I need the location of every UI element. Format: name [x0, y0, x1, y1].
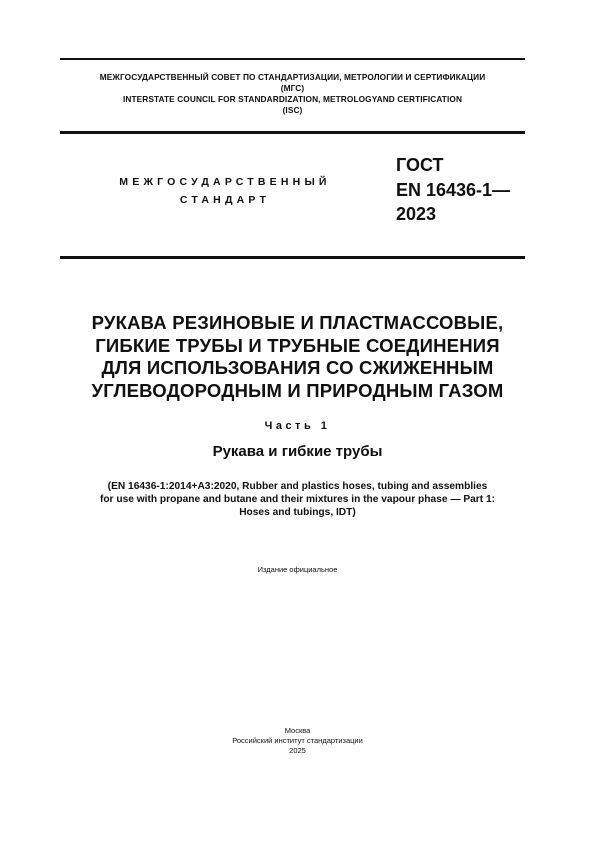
- title-line: РУКАВА РЕЗИНОВЫЕ И ПЛАСТМАССОВЫЕ,: [40, 312, 555, 335]
- reference-line: Hoses and tubings, IDT): [40, 506, 555, 519]
- standard-year: 2023: [396, 202, 510, 227]
- document-title: РУКАВА РЕЗИНОВЫЕ И ПЛАСТМАССОВЫЕ, ГИБКИЕ…: [40, 312, 555, 402]
- title-line: ДЛЯ ИСПОЛЬЗОВАНИЯ СО СЖИЖЕННЫМ: [40, 357, 555, 380]
- publisher-city: Москва: [140, 726, 455, 736]
- council-name-ru: МЕЖГОСУДАРСТВЕННЫЙ СОВЕТ ПО СТАНДАРТИЗАЦ…: [40, 72, 545, 83]
- bottom-divider: [60, 256, 525, 259]
- publisher-block: Москва Российский институт стандартизаци…: [140, 726, 455, 756]
- publisher-institute: Российский институт стандартизации: [140, 736, 455, 746]
- standard-number: EN 16436-1—: [396, 178, 510, 203]
- part-subtitle: Рукава и гибкие трубы: [40, 443, 555, 460]
- title-line: УГЛЕВОДОРОДНЫМ И ПРИРОДНЫМ ГАЗОМ: [40, 380, 555, 403]
- council-header: МЕЖГОСУДАРСТВЕННЫЙ СОВЕТ ПО СТАНДАРТИЗАЦ…: [40, 72, 545, 116]
- council-name-en: INTERSTATE COUNCIL FOR STANDARDIZATION, …: [40, 94, 545, 105]
- standard-type-line2: СТАНДАРТ: [100, 191, 350, 209]
- middle-divider: [60, 131, 525, 134]
- top-divider: [60, 58, 525, 60]
- edition-note: Издание официальное: [140, 565, 455, 574]
- standard-type-label: МЕЖГОСУДАРСТВЕННЫЙ СТАНДАРТ: [100, 173, 350, 209]
- part-label: Часть 1: [40, 420, 555, 432]
- title-line: ГИБКИЕ ТРУБЫ И ТРУБНЫЕ СОЕДИНЕНИЯ: [40, 335, 555, 358]
- gost-label: ГОСТ: [396, 153, 510, 178]
- source-reference: (EN 16436-1:2014+A3:2020, Rubber and pla…: [40, 480, 555, 519]
- standard-type-line1: МЕЖГОСУДАРСТВЕННЫЙ: [100, 173, 350, 191]
- council-abbr-ru: (МГС): [40, 83, 545, 94]
- publisher-year: 2025: [140, 746, 455, 756]
- reference-line: (EN 16436-1:2014+A3:2020, Rubber and pla…: [40, 480, 555, 493]
- council-abbr-en: (ISC): [40, 105, 545, 116]
- reference-line: for use with propane and butane and thei…: [40, 493, 555, 506]
- standard-designation: ГОСТ EN 16436-1— 2023: [396, 153, 510, 227]
